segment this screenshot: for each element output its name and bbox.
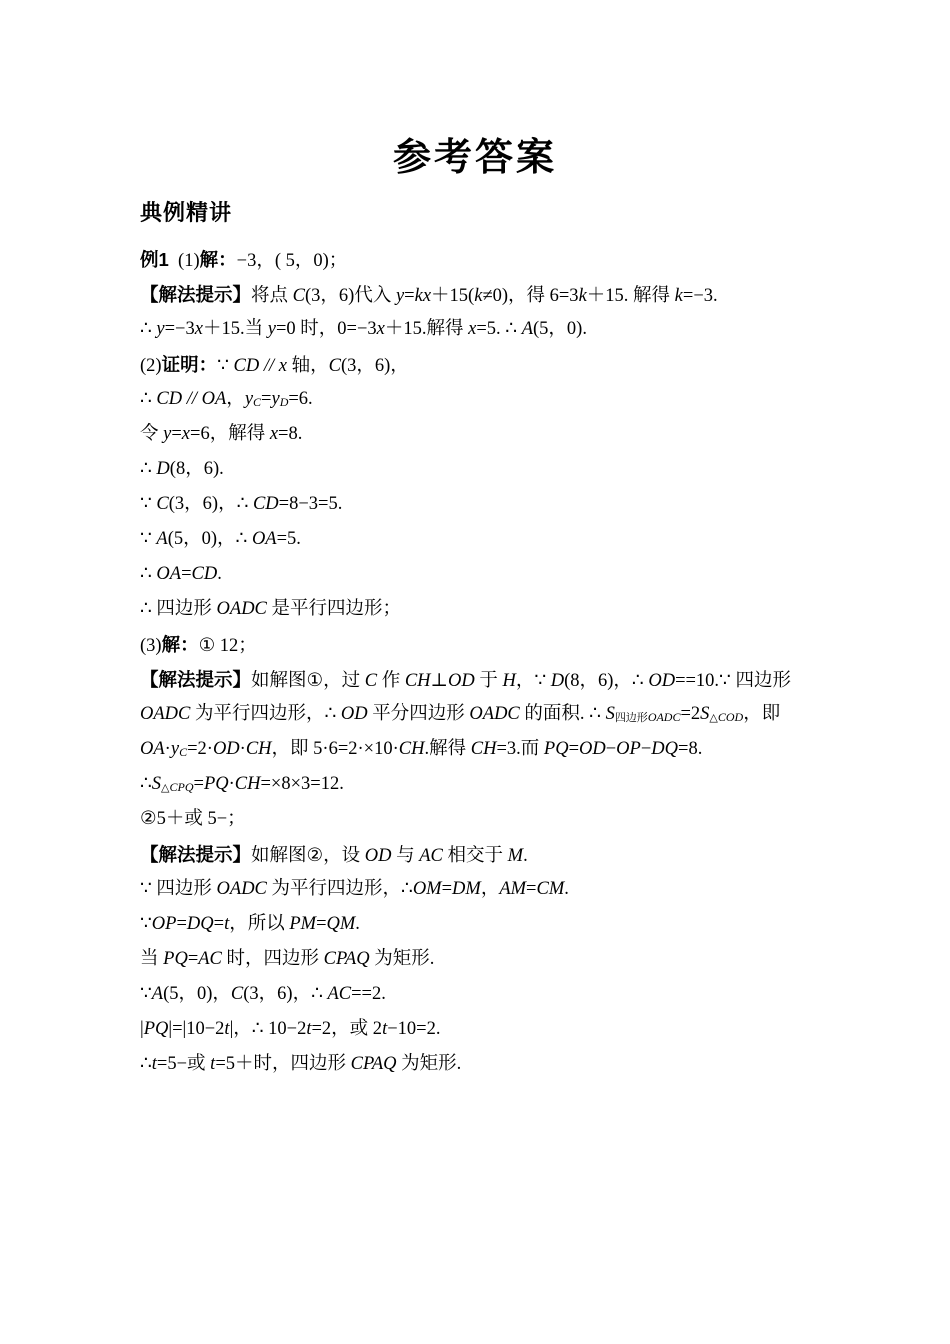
text-segment: C bbox=[365, 671, 377, 691]
text-segment: OADC bbox=[140, 704, 190, 724]
text-line: 【解法提示】如解图①，过 C 作 CH⊥OD 于 H，∵ D(8，6)，∴ OD… bbox=[140, 662, 890, 697]
text-line: ∴S△CPQ=PQ·CH=×8×3=12. bbox=[140, 767, 890, 802]
text-line: ∵OP=DQ=t，所以 PM=QM. bbox=[140, 907, 890, 942]
text-segment: C bbox=[231, 984, 243, 1004]
text-segment: CPQ bbox=[170, 780, 194, 794]
text-segment: k bbox=[579, 286, 587, 306]
text-segment: CH bbox=[471, 739, 497, 759]
text-segment: PM bbox=[289, 914, 316, 934]
text-line: 当 PQ=AC 时，四边形 CPAQ 为矩形. bbox=[140, 942, 890, 977]
text-segment: D bbox=[551, 671, 564, 691]
text-segment: (2) bbox=[140, 356, 162, 376]
text-segment: = bbox=[404, 286, 414, 306]
answer-body: 例1 (1)解：−3，( 5，0)；【解法提示】将点 C(3，6)代入 y=kx… bbox=[140, 242, 890, 1082]
text-segment: =5＋时，四边形 bbox=[215, 1054, 350, 1074]
text-segment: DQ bbox=[187, 914, 214, 934]
text-segment: 【解法提示】 bbox=[140, 669, 251, 690]
text-segment: H bbox=[502, 671, 515, 691]
text-segment: y bbox=[268, 319, 276, 339]
text-line: 例1 (1)解：−3，( 5，0)； bbox=[140, 242, 890, 277]
text-segment: ，所以 bbox=[229, 914, 289, 934]
text-segment: 例1 bbox=[140, 249, 169, 270]
text-segment: D bbox=[156, 459, 169, 479]
text-segment: ∴ bbox=[140, 389, 156, 409]
text-segment: OP bbox=[616, 739, 641, 759]
text-segment: ∵ 四边形 bbox=[140, 879, 217, 899]
text-segment: (1) bbox=[169, 251, 200, 271]
text-segment: = bbox=[442, 879, 452, 899]
text-segment: OADC bbox=[469, 704, 519, 724]
text-segment: 于 bbox=[475, 671, 503, 691]
text-segment: AC bbox=[198, 949, 222, 969]
text-segment: = bbox=[214, 914, 224, 934]
text-segment: CPAQ bbox=[324, 949, 370, 969]
text-segment: ②5＋或 5−； bbox=[140, 809, 246, 829]
text-segment: =5. ∴ bbox=[476, 319, 521, 339]
text-segment: =−3 bbox=[165, 319, 195, 339]
text-segment: OD bbox=[365, 846, 392, 866]
text-segment: AM bbox=[499, 879, 526, 899]
text-segment: M bbox=[508, 846, 523, 866]
text-line: 【解法提示】将点 C(3，6)代入 y=kx＋15(k≠0)，得 6=3k＋15… bbox=[140, 277, 890, 312]
text-segment: △ bbox=[161, 782, 169, 794]
text-segment: ∵ bbox=[140, 529, 156, 549]
text-segment: =3.而 bbox=[496, 739, 543, 759]
text-segment: ① 12； bbox=[199, 636, 257, 656]
text-segment: OD bbox=[341, 704, 368, 724]
text-segment: (5，0)，∴ bbox=[168, 529, 252, 549]
text-segment: S bbox=[606, 704, 615, 724]
text-segment: 令 bbox=[140, 424, 163, 444]
text-segment: A bbox=[522, 319, 533, 339]
text-segment: 为矩形. bbox=[370, 949, 435, 969]
text-line: 【解法提示】如解图②，设 OD 与 AC 相交于 M. bbox=[140, 837, 890, 872]
text-segment: COD bbox=[718, 710, 743, 724]
text-segment: ， bbox=[481, 879, 500, 899]
text-segment: = bbox=[188, 949, 198, 969]
text-line: ∴ OA=CD. bbox=[140, 557, 890, 592]
text-segment: = bbox=[176, 914, 186, 934]
text-segment: OA bbox=[252, 529, 277, 549]
text-segment: =5. bbox=[277, 529, 301, 549]
text-segment: PQ bbox=[163, 949, 188, 969]
text-segment: 为平行四边形，∴ bbox=[267, 879, 413, 899]
text-segment: C bbox=[253, 395, 261, 409]
text-segment: ，即 5·6=2·×10· bbox=[272, 739, 399, 759]
text-segment: ∴ bbox=[140, 1054, 152, 1074]
text-segment: =5−或 bbox=[157, 1054, 210, 1074]
text-segment: OD bbox=[579, 739, 606, 759]
text-segment: y bbox=[271, 389, 279, 409]
text-segment: (5，0)， bbox=[163, 984, 231, 1004]
text-segment: ∴ 四边形 bbox=[140, 599, 217, 619]
text-segment: A bbox=[152, 984, 163, 1004]
text-segment: 为平行四边形，∴ bbox=[190, 704, 341, 724]
text-segment: ∴ bbox=[140, 459, 156, 479]
text-segment: 相交于 bbox=[443, 846, 508, 866]
text-segment: . bbox=[564, 879, 569, 899]
text-line: ∴t=5−或 t=5＋时，四边形 CPAQ 为矩形. bbox=[140, 1047, 890, 1082]
text-segment: |=|10−2 bbox=[168, 1019, 224, 1039]
text-segment: − bbox=[641, 739, 651, 759]
text-segment: CH bbox=[399, 739, 425, 759]
text-segment: CD bbox=[192, 564, 218, 584]
text-segment: CM bbox=[536, 879, 564, 899]
text-segment: (3，6)代入 bbox=[305, 286, 396, 306]
text-segment: =2 bbox=[680, 704, 700, 724]
text-segment: . bbox=[523, 846, 528, 866]
text-segment: −3，( 5，0)； bbox=[237, 251, 348, 271]
text-line: ∴ CD // OA，yC=yD=6. bbox=[140, 382, 890, 417]
text-segment: y bbox=[156, 319, 164, 339]
text-segment: x bbox=[182, 424, 190, 444]
text-segment: AC bbox=[327, 984, 351, 1004]
text-segment: ∵ bbox=[140, 494, 156, 514]
text-segment: ∴ bbox=[140, 319, 156, 339]
text-segment: =×8×3=12. bbox=[260, 774, 343, 794]
text-segment: CPAQ bbox=[351, 1054, 397, 1074]
page-title: 参考答案 bbox=[0, 126, 950, 181]
text-segment: OA bbox=[140, 739, 165, 759]
text-segment: CH bbox=[235, 774, 261, 794]
text-line: |PQ|=|10−2t|，∴ 10−2t=2，或 2t−10=2. bbox=[140, 1012, 890, 1047]
text-segment: 证明： bbox=[162, 354, 218, 375]
text-segment: (5，0). bbox=[533, 319, 587, 339]
text-segment: A bbox=[156, 529, 167, 549]
text-line: ∴ 四边形 OADC 是平行四边形； bbox=[140, 592, 890, 627]
text-segment: 作 bbox=[377, 671, 405, 691]
text-line: OA·yC=2·OD·CH，即 5·6=2·×10·CH.解得 CH=3.而 P… bbox=[140, 732, 890, 767]
text-segment: =2，或 2 bbox=[312, 1019, 383, 1039]
text-segment: = bbox=[194, 774, 204, 794]
text-segment: − bbox=[606, 739, 616, 759]
text-segment: ＋15. 解得 bbox=[587, 286, 675, 306]
text-segment: CD // OA bbox=[156, 389, 226, 409]
text-segment: =−3. bbox=[683, 286, 718, 306]
text-segment: C bbox=[156, 494, 168, 514]
text-segment: =6，解得 bbox=[190, 424, 270, 444]
text-segment: 与 bbox=[391, 846, 419, 866]
text-segment: ==2. bbox=[351, 984, 386, 1004]
text-segment: (3，6)，∴ bbox=[243, 984, 327, 1004]
text-segment: ＋15.当 bbox=[203, 319, 268, 339]
text-segment: ， bbox=[226, 389, 245, 409]
text-segment: 如解图①，过 bbox=[251, 671, 365, 691]
text-segment: = bbox=[181, 564, 191, 584]
text-segment: S bbox=[152, 774, 161, 794]
text-segment: 解： bbox=[200, 249, 237, 270]
text-segment: ，∵ bbox=[516, 671, 551, 691]
text-segment: ，即 bbox=[743, 704, 780, 724]
text-segment: ∵ bbox=[217, 356, 233, 376]
text-segment: (8，6)，∴ bbox=[564, 671, 648, 691]
text-segment: (8，6). bbox=[170, 459, 224, 479]
text-segment: OA bbox=[156, 564, 181, 584]
text-segment: = bbox=[171, 424, 181, 444]
text-line: (3)解：① 12； bbox=[140, 627, 890, 662]
document-page: 参考答案 典例精讲 例1 (1)解：−3，( 5，0)；【解法提示】将点 C(3… bbox=[0, 0, 950, 1344]
text-segment: |，∴ 10−2 bbox=[230, 1019, 307, 1039]
text-segment: OM bbox=[413, 879, 442, 899]
text-segment: PQ bbox=[204, 774, 229, 794]
text-line: ∵ 四边形 OADC 为平行四边形，∴OM=DM，AM=CM. bbox=[140, 872, 890, 907]
text-segment: .解得 bbox=[424, 739, 470, 759]
text-line: ∵ C(3，6)，∴ CD=8−3=5. bbox=[140, 487, 890, 522]
text-segment: y bbox=[171, 739, 179, 759]
text-segment: −10=2. bbox=[387, 1019, 440, 1039]
text-segment: △ bbox=[709, 712, 717, 724]
text-segment: OD bbox=[448, 671, 475, 691]
text-segment: ∵ bbox=[140, 984, 152, 1004]
text-segment: x bbox=[377, 319, 385, 339]
text-segment: . bbox=[217, 564, 222, 584]
text-segment: OADC bbox=[217, 879, 267, 899]
text-line: ②5＋或 5−； bbox=[140, 802, 890, 837]
text-segment: 当 bbox=[140, 949, 163, 969]
text-segment: 的面积. ∴ bbox=[520, 704, 606, 724]
text-segment: ＋15.解得 bbox=[385, 319, 468, 339]
text-segment: =2· bbox=[187, 739, 213, 759]
text-segment: =0 时，0=−3 bbox=[276, 319, 377, 339]
text-segment: OADC bbox=[648, 710, 681, 724]
text-segment: C bbox=[179, 745, 187, 759]
text-segment: x bbox=[270, 424, 278, 444]
text-segment: 时，四边形 bbox=[222, 949, 324, 969]
text-segment: =8. bbox=[678, 739, 702, 759]
text-line: 令 y=x=6，解得 x=8. bbox=[140, 417, 890, 452]
text-segment: CD bbox=[253, 494, 279, 514]
text-segment: DQ bbox=[651, 739, 678, 759]
text-line: (2)证明：∵ CD // x 轴，C(3，6)， bbox=[140, 347, 890, 382]
text-segment: 轴， bbox=[287, 356, 329, 376]
text-segment: PQ bbox=[144, 1019, 169, 1039]
text-segment: C bbox=[329, 356, 341, 376]
text-segment: = bbox=[526, 879, 536, 899]
text-segment: OADC bbox=[217, 599, 267, 619]
text-segment: C bbox=[293, 286, 305, 306]
text-line: ∴ D(8，6). bbox=[140, 452, 890, 487]
text-segment: CH bbox=[405, 671, 431, 691]
text-segment: OD bbox=[648, 671, 675, 691]
text-segment: ≠0)，得 6=3 bbox=[482, 286, 578, 306]
text-segment: =8. bbox=[278, 424, 302, 444]
text-segment: CH bbox=[246, 739, 272, 759]
text-line: OADC 为平行四边形，∴ OD 平分四边形 OADC 的面积. ∴ S四边形O… bbox=[140, 697, 890, 732]
text-segment: 为矩形. bbox=[397, 1054, 462, 1074]
text-segment: = bbox=[316, 914, 326, 934]
text-segment: AC bbox=[419, 846, 443, 866]
text-segment: k bbox=[675, 286, 683, 306]
text-segment: QM bbox=[327, 914, 356, 934]
text-segment: ∵ bbox=[140, 914, 152, 934]
text-segment: PQ bbox=[544, 739, 569, 759]
text-segment: ⊥ bbox=[431, 671, 448, 691]
text-segment: . bbox=[355, 914, 360, 934]
text-segment: y bbox=[396, 286, 404, 306]
text-segment: DM bbox=[452, 879, 481, 899]
text-segment: 解： bbox=[162, 634, 199, 655]
text-line: ∵A(5，0)，C(3，6)，∴ AC==2. bbox=[140, 977, 890, 1012]
section-heading: 典例精讲 bbox=[140, 196, 232, 227]
text-segment: 是平行四边形； bbox=[267, 599, 401, 619]
text-segment: CD // x bbox=[234, 356, 287, 376]
text-segment: 如解图②，设 bbox=[251, 846, 365, 866]
text-segment: ＋15( bbox=[431, 286, 474, 306]
text-segment: ∴ bbox=[140, 774, 152, 794]
text-segment: = bbox=[261, 389, 271, 409]
text-segment: (3) bbox=[140, 636, 162, 656]
text-line: ∴ y=−3x＋15.当 y=0 时，0=−3x＋15.解得 x=5. ∴ A(… bbox=[140, 312, 890, 347]
text-segment: kx bbox=[415, 286, 431, 306]
text-line: ∵ A(5，0)，∴ OA=5. bbox=[140, 522, 890, 557]
text-segment: 将点 bbox=[251, 286, 293, 306]
text-segment: (3，6)，∴ bbox=[169, 494, 253, 514]
text-segment: ∴ bbox=[140, 564, 156, 584]
text-segment: =6. bbox=[288, 389, 312, 409]
text-segment: OD bbox=[213, 739, 240, 759]
text-segment: ==10.∵ 四边形 bbox=[675, 671, 791, 691]
text-segment: 【解法提示】 bbox=[140, 284, 251, 305]
text-segment: 平分四边形 bbox=[368, 704, 470, 724]
text-segment: OP bbox=[152, 914, 177, 934]
text-segment: y bbox=[245, 389, 253, 409]
text-segment: = bbox=[569, 739, 579, 759]
text-segment: 【解法提示】 bbox=[140, 844, 251, 865]
text-segment: x bbox=[195, 319, 203, 339]
text-segment: 四边形 bbox=[615, 712, 648, 724]
text-segment: (3，6)， bbox=[341, 356, 409, 376]
text-segment: =8−3=5. bbox=[279, 494, 343, 514]
